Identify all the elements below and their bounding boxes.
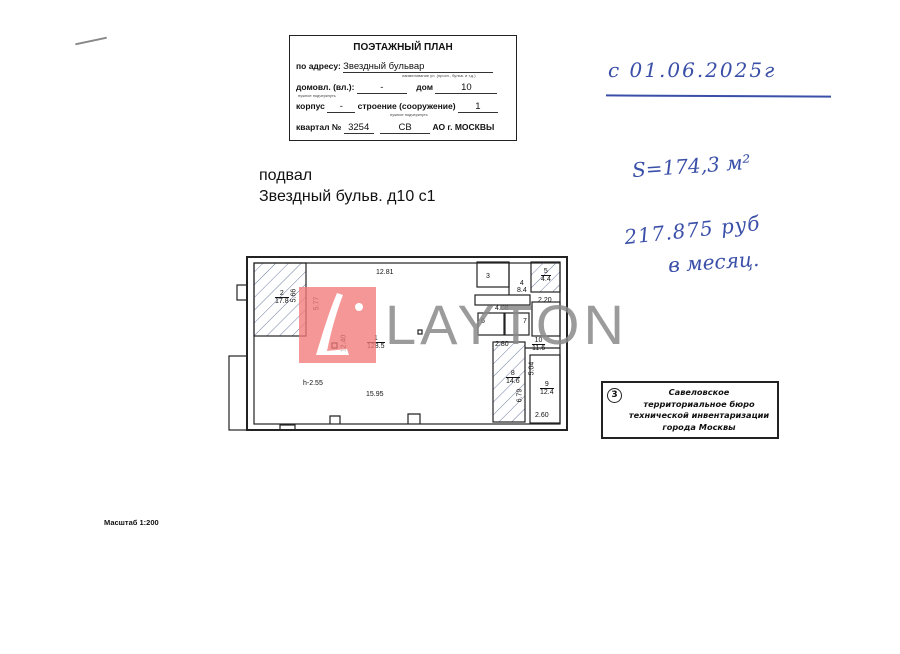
logo-l-icon bbox=[299, 287, 376, 363]
dom-value: 10 bbox=[435, 82, 497, 94]
room-8: 814.6 bbox=[506, 370, 520, 385]
watermark-brand: LAYTON bbox=[385, 292, 628, 357]
kvartal-label: квартал № bbox=[296, 122, 341, 132]
stamp-title: ПОЭТАЖНЫЙ ПЛАН bbox=[290, 42, 516, 53]
room-9: 912.4 bbox=[540, 381, 554, 396]
address-hint: наименование ул. (просп., бульв. и т.д.) bbox=[402, 73, 476, 78]
room-2: 217.8 bbox=[275, 290, 289, 305]
dim-679: 6.79 bbox=[516, 389, 523, 403]
height-note: h-2.55 bbox=[303, 380, 323, 387]
dim-260: 2.60 bbox=[535, 412, 549, 419]
dim-566: 5.66 bbox=[290, 289, 297, 303]
room-5: 54.4 bbox=[541, 268, 551, 283]
city-label: АО г. МОСКВЫ bbox=[432, 122, 494, 132]
bti-line-3: технической инвентаризации bbox=[621, 410, 777, 422]
address-label: по адресу: bbox=[296, 61, 341, 71]
bti-line-2: территориальное бюро bbox=[621, 399, 777, 411]
domovl-hint: нужное подчеркнуть bbox=[298, 93, 336, 98]
korpus-value: - bbox=[327, 101, 355, 113]
stray-pen-mark bbox=[75, 37, 107, 45]
building-address: Звездный бульв. д10 с1 bbox=[259, 188, 436, 206]
floor-plan-stamp: ПОЭТАЖНЫЙ ПЛАН по адресу: Звездный бульв… bbox=[289, 35, 517, 141]
korpus-label: корпус bbox=[296, 101, 325, 111]
scale-label: Масштаб 1:200 bbox=[104, 518, 159, 527]
stroenie-hint: нужное подчеркнуть bbox=[390, 112, 428, 117]
domovl-value: - bbox=[357, 82, 407, 94]
dim-1595: 15.95 bbox=[366, 391, 384, 398]
address-value: Звездный бульвар bbox=[343, 61, 493, 73]
bti-stamp-number: 3 bbox=[607, 388, 622, 403]
floor-name: подвал bbox=[259, 167, 312, 185]
handwritten-period: в месяц. bbox=[667, 247, 760, 277]
bti-stamp: 3 Савеловское территориальное бюро техни… bbox=[601, 381, 779, 439]
handwritten-area: S=174,3 м² bbox=[631, 150, 751, 182]
stroenie-label: строение (сооружение) bbox=[358, 101, 456, 111]
handwritten-date: с 01.06.2025г bbox=[608, 58, 776, 82]
kvartal-value: 3254 bbox=[344, 122, 374, 134]
domovl-label: домовл. (вл.): bbox=[296, 82, 354, 92]
date-underline bbox=[606, 94, 831, 97]
dim-504: 5.04 bbox=[528, 362, 535, 376]
room-3: 3 bbox=[486, 273, 490, 280]
stroenie-value: 1 bbox=[458, 101, 498, 113]
bti-line-1: Савеловское bbox=[621, 387, 777, 399]
dim-top: 12.81 bbox=[376, 269, 394, 276]
watermark-logo bbox=[299, 287, 376, 363]
handwritten-price: 217.875 руб bbox=[623, 211, 761, 249]
bti-line-4: города Москвы bbox=[621, 422, 777, 434]
dom-label: дом bbox=[416, 82, 433, 92]
okrug-value: СВ bbox=[380, 122, 430, 134]
